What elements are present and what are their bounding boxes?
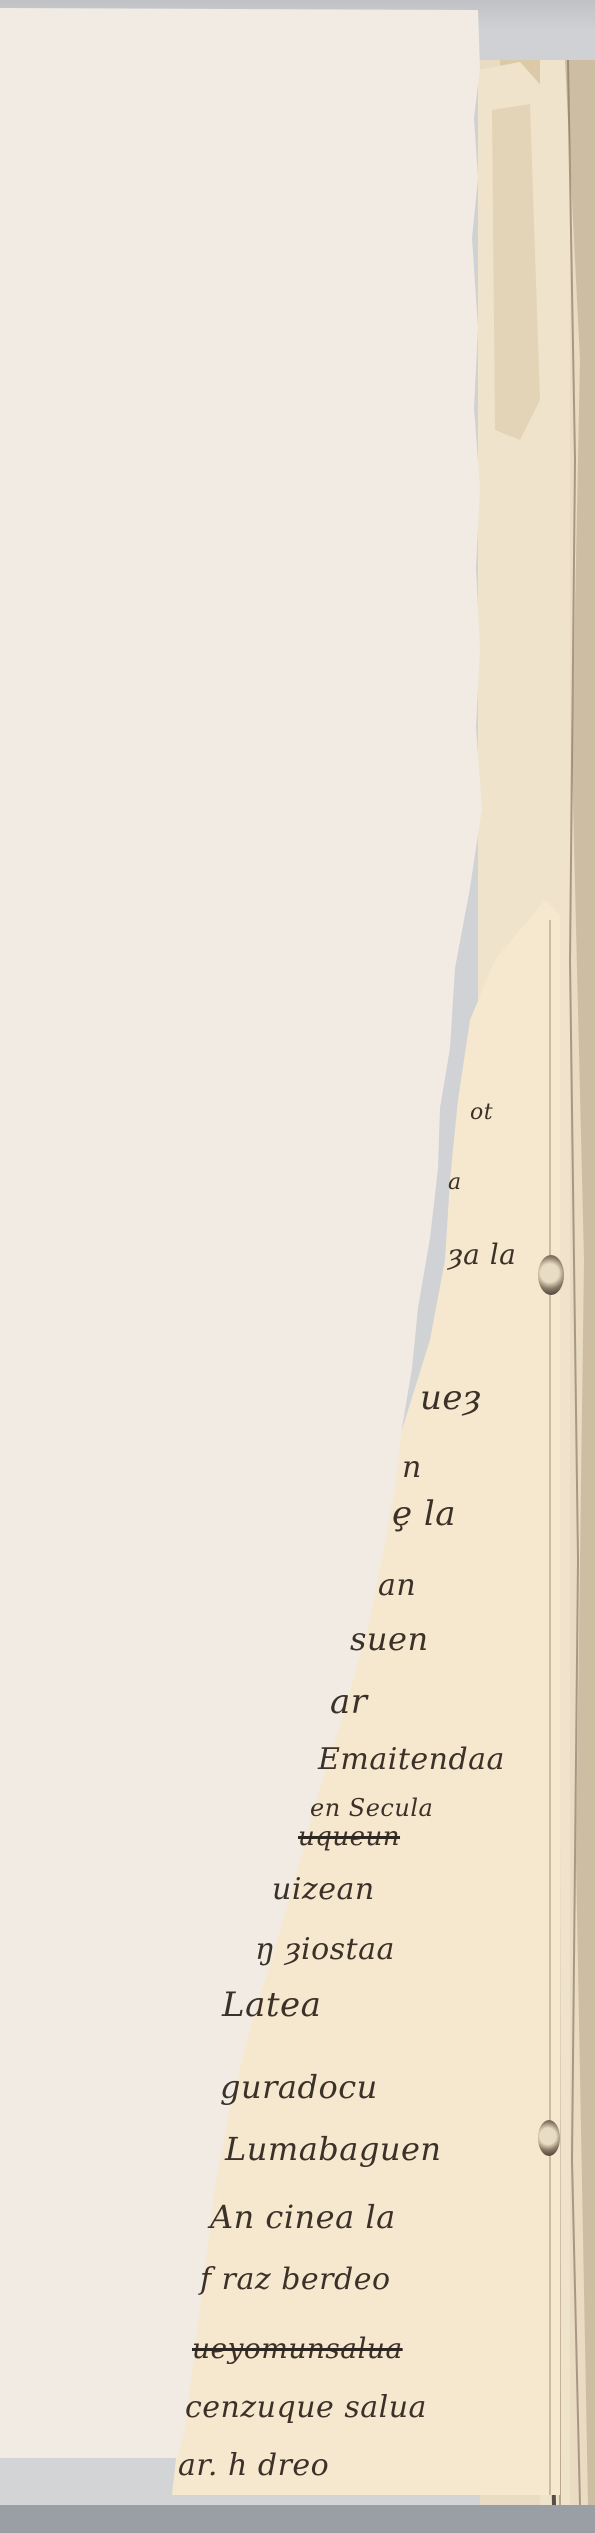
manuscript-line: n	[402, 1450, 422, 1485]
manuscript-line: ot	[470, 1100, 493, 1125]
manuscript-line: ar. h dreo	[178, 2448, 329, 2483]
manuscript-line-struck: uqueun	[298, 1822, 400, 1852]
manuscript-line: a	[448, 1170, 462, 1195]
sewing-knot-lower	[538, 2120, 560, 2156]
manuscript-line: an	[378, 1568, 416, 1603]
manuscript-line: Lumabaguen	[225, 2130, 441, 2168]
manuscript-line: Latea	[222, 1985, 321, 2025]
manuscript-line: ȩ la	[392, 1494, 456, 1534]
manuscript-line: guradocu	[220, 2068, 378, 2106]
manuscript-line: suen	[350, 1620, 429, 1658]
manuscript-line: ueȝ	[420, 1378, 481, 1418]
manuscript-line: An cinea la	[210, 2198, 396, 2236]
scanner-bed-bottom	[0, 2505, 595, 2533]
manuscript-line: ȝa la	[448, 1238, 516, 1271]
manuscript-line: uizean	[272, 1872, 375, 1907]
manuscript-line: ŋ ȝiostaa	[255, 1932, 395, 1967]
manuscript-line: en Secula	[310, 1794, 433, 1822]
manuscript-line: cenzuque salua	[185, 2390, 427, 2425]
manuscript-line-struck: ueyomunsalua	[192, 2332, 403, 2365]
manuscript-line: Emaitendaa	[318, 1742, 505, 1777]
manuscript-line: ar	[330, 1682, 368, 1722]
manuscript-line: f raz berdeo	[200, 2262, 391, 2297]
sewing-knot-upper	[538, 1255, 564, 1295]
